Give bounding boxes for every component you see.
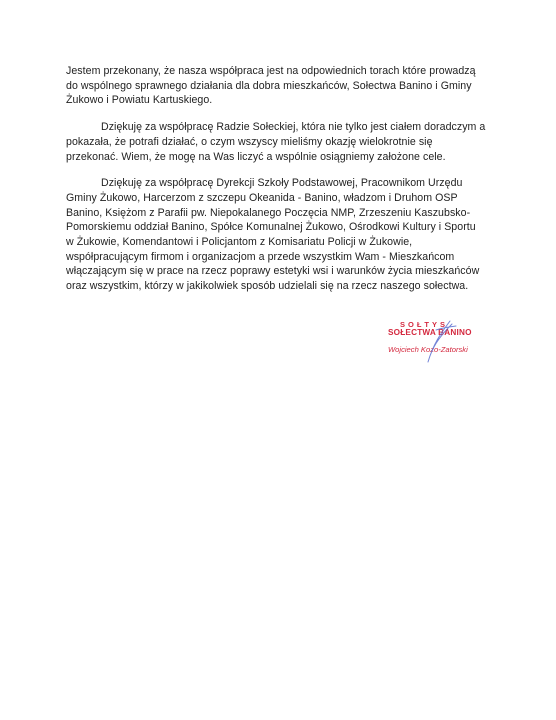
paragraph-1: Jestem przekonany, że nasza współpraca j… — [66, 64, 496, 108]
paragraph-2: Dziękuję za współpracę Radzie Sołeckiej,… — [66, 120, 496, 164]
text-line: Banino, Księżom z Parafii pw. Niepokalan… — [66, 207, 470, 219]
signature-scribble-icon — [372, 318, 502, 364]
text-line: do wspólnego sprawnego działania dla dob… — [66, 80, 472, 92]
text-line: Dziękuję za współpracę Dyrekcji Szkoły P… — [101, 177, 462, 189]
text-line: w Żukowie, Komendantowi i Policjantom z … — [66, 236, 412, 248]
text-line: pokazała, że potrafi działać, o czym wsz… — [66, 136, 433, 148]
official-stamp: SOŁTYS SOŁECTWA BANINO Wojciech Kozo-Zat… — [372, 318, 502, 364]
paragraph-3: Dziękuję za współpracę Dyrekcji Szkoły P… — [66, 176, 496, 294]
text-line: włączającym się w prace na rzecz poprawy… — [66, 265, 479, 277]
text-line: współpracującym firmom i organizacjom a … — [66, 251, 454, 263]
text-line: Dziękuję za współpracę Radzie Sołeckiej,… — [101, 121, 485, 133]
document-page: Jestem przekonany, że nasza współpraca j… — [0, 0, 556, 720]
text-line: Gminy Żukowo, Harcerzom z szczepu Okeani… — [66, 192, 458, 204]
text-line: Jestem przekonany, że nasza współpraca j… — [66, 65, 476, 77]
letter-body: Jestem przekonany, że nasza współpraca j… — [66, 64, 496, 306]
text-line: Żukowo i Powiatu Kartuskiego. — [66, 94, 212, 106]
text-line: przekonać. Wiem, że mogę na Was liczyć a… — [66, 151, 446, 163]
text-line: oraz wszystkim, którzy w jakikolwiek spo… — [66, 280, 468, 292]
text-line: Pomorskiemu oddział Banino, Spółce Komun… — [66, 221, 476, 233]
